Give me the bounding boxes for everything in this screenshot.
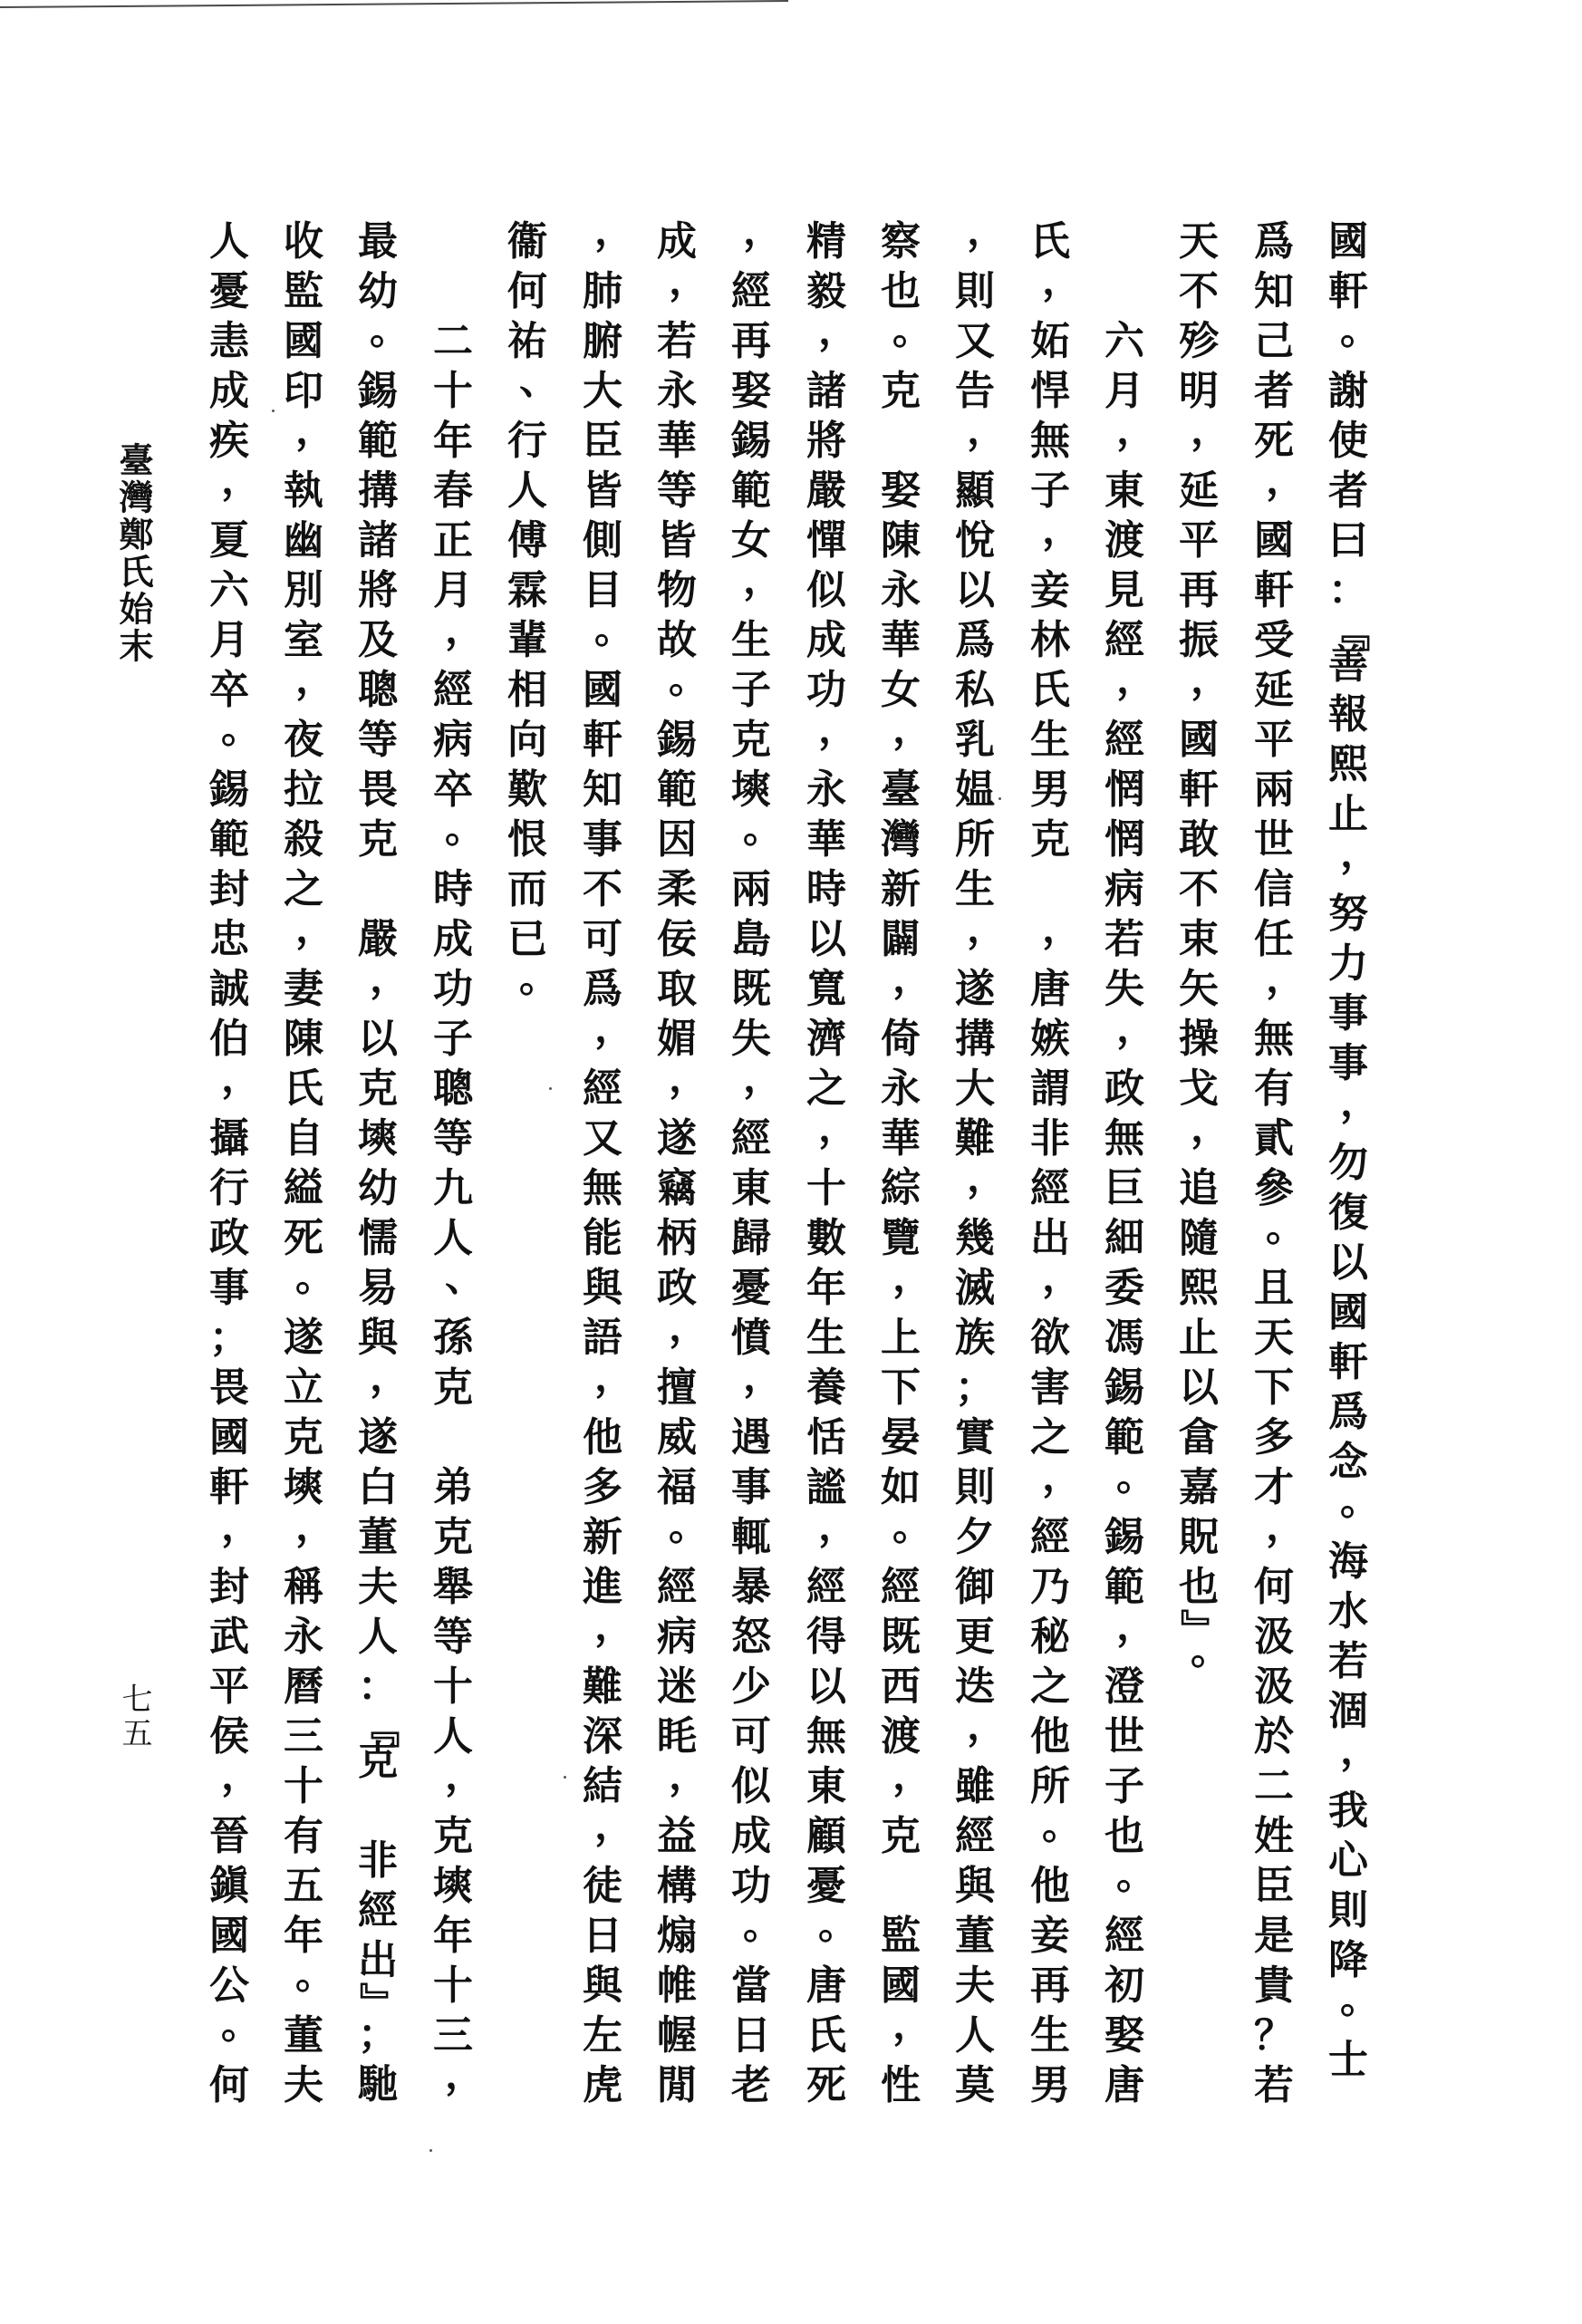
- character: 行: [205, 1168, 254, 1218]
- character: 物: [652, 570, 701, 620]
- character: 族: [950, 1317, 999, 1367]
- character: 。: [1112, 1456, 1161, 1506]
- character: 易: [353, 1268, 402, 1317]
- character: ；: [950, 1367, 999, 1417]
- character: 復: [1324, 1192, 1373, 1242]
- character: 生: [1026, 719, 1075, 769]
- text-column: 察也。克𡒉娶陳永華女，臺灣新闢，倚永華綜覽，上下晏如。經既西渡，克𡒉監國，性: [876, 221, 925, 2115]
- character: ，: [1112, 659, 1161, 709]
- character: 克: [1026, 819, 1075, 869]
- character: 晉: [205, 1816, 254, 1866]
- character: 則: [950, 271, 999, 321]
- character: 益: [652, 1816, 701, 1866]
- character: ，: [365, 1356, 414, 1406]
- character: 他: [578, 1417, 627, 1467]
- character: 害: [1026, 1367, 1075, 1417]
- character: 時: [802, 869, 851, 919]
- character: 以: [802, 919, 851, 969]
- character: 霖: [503, 570, 552, 620]
- character: 恚: [205, 321, 254, 371]
- character: 功: [429, 969, 477, 1018]
- character: ，: [1336, 1730, 1384, 1779]
- character: 得: [802, 1616, 851, 1666]
- character: 爲: [1324, 1392, 1373, 1442]
- character: 煽: [652, 1915, 701, 1965]
- text-column: ，經再娶錫範女，生子克塽。兩島既失，經東歸憂憤，遇事輒暴怒少可似成功。當日老: [727, 221, 776, 2115]
- character: 妾: [1026, 570, 1075, 620]
- character: 嫉: [1026, 1018, 1075, 1068]
- character: 誠: [205, 969, 254, 1018]
- character: 子: [1100, 1766, 1149, 1816]
- character: 秘: [1026, 1616, 1075, 1666]
- character: 晏: [876, 1417, 925, 1467]
- character: 聰: [353, 670, 402, 719]
- scan-speck: [998, 797, 1001, 800]
- character: 董: [353, 1517, 402, 1567]
- character: ，: [814, 310, 863, 360]
- character: 他: [1026, 1716, 1075, 1766]
- character: 夫: [353, 1567, 402, 1616]
- character: 華: [652, 420, 701, 470]
- character: 腑: [578, 321, 627, 371]
- character: 西: [876, 1666, 925, 1716]
- character: 唐: [802, 1965, 851, 2015]
- character: 事: [205, 1268, 254, 1317]
- character: 汲: [1249, 1616, 1298, 1666]
- character: 他: [1026, 1866, 1075, 1915]
- character: 是: [1249, 1915, 1298, 1965]
- character: 與: [950, 1866, 999, 1915]
- character: 無: [1100, 1118, 1149, 1168]
- character: 軒: [578, 719, 627, 769]
- character: 者: [1324, 470, 1373, 520]
- character: 左: [578, 2015, 627, 2065]
- character: 閒: [652, 2065, 701, 2115]
- character: 欲: [1026, 1317, 1075, 1367]
- character: 。: [515, 958, 564, 1008]
- character: 人: [205, 221, 254, 271]
- scan-speck: [429, 2149, 432, 2152]
- character: 國: [1174, 719, 1223, 769]
- character: 夫: [950, 1965, 999, 2015]
- character: 少: [727, 1666, 776, 1716]
- character: 世: [1249, 819, 1298, 869]
- character: 經: [353, 1890, 402, 1940]
- character: 。: [291, 1257, 340, 1307]
- character: 取: [652, 969, 701, 1018]
- character: 監: [876, 1915, 925, 1965]
- character: 者: [1249, 371, 1298, 420]
- character: 隨: [1174, 1218, 1223, 1268]
- character: 成: [802, 620, 851, 670]
- character: 忠: [205, 919, 254, 969]
- character: 別: [279, 570, 328, 620]
- character: ，: [1336, 1082, 1384, 1132]
- character: 人: [503, 470, 552, 520]
- character: 病: [1100, 869, 1149, 919]
- character: 憚: [802, 520, 851, 570]
- character: 立: [279, 1367, 328, 1417]
- character: 東: [1100, 470, 1149, 520]
- character: ，: [1037, 908, 1086, 958]
- text-column: ，則又告，顯悅以爲私乳媪所生，遂搆大難，幾滅族；實則夕御更迭，雖經與董夫人莫: [950, 221, 999, 2115]
- character: 夫: [279, 2065, 328, 2115]
- character: 。: [1037, 1805, 1086, 1855]
- character: 唐: [1100, 2065, 1149, 2115]
- character: 年: [429, 1915, 477, 1965]
- character: 輒: [727, 1517, 776, 1567]
- character: 攝: [205, 1118, 254, 1168]
- character: ，: [440, 2054, 489, 2104]
- character: 等: [429, 1118, 477, 1168]
- character: 乳: [950, 719, 999, 769]
- character: 自: [279, 1118, 328, 1168]
- character: 𡒉: [876, 420, 925, 470]
- character: 報: [1324, 694, 1373, 744]
- character: 。: [1336, 1480, 1384, 1530]
- character: ，: [1186, 1107, 1235, 1157]
- character: ，: [814, 709, 863, 758]
- scan-speck: [272, 410, 275, 412]
- character: 數: [802, 1218, 851, 1268]
- character: ，: [590, 1805, 639, 1855]
- character: 下: [876, 1367, 925, 1417]
- character: 遂: [279, 1317, 328, 1367]
- character: 永: [279, 1616, 328, 1666]
- scan-speck: [564, 1776, 566, 1779]
- character: 精: [802, 221, 851, 271]
- character: ，: [1261, 1506, 1310, 1556]
- character: 曰: [1324, 520, 1373, 570]
- book-page: 國軒。謝使者曰：『善報熙止，努力事事，勿復以國軒爲念。海水若涸，我心則降。士 爲…: [0, 0, 1582, 2324]
- character: 經: [429, 670, 477, 719]
- character: 新: [876, 869, 925, 919]
- character: 。: [217, 709, 265, 758]
- character: 無: [1026, 420, 1075, 470]
- character: 白: [353, 1467, 402, 1517]
- character: 以: [950, 570, 999, 620]
- character: 似: [802, 570, 851, 620]
- character: 娶: [727, 371, 776, 420]
- character: 若: [1249, 2065, 1298, 2115]
- character: 遂: [950, 969, 999, 1018]
- character: 我: [1324, 1790, 1373, 1840]
- character: 十: [802, 1168, 851, 1218]
- text-column: ，肺腑大臣皆側目。國軒知事不可爲，經又無能與語，他多新進，難深結，徒日與左虎: [578, 221, 627, 2115]
- character: 水: [1324, 1591, 1373, 1641]
- character: 。: [888, 310, 937, 360]
- character: ，: [291, 410, 340, 459]
- character: 孫: [429, 1317, 477, 1367]
- character: 可: [727, 1716, 776, 1766]
- character: 軒: [1324, 1342, 1373, 1392]
- character: 董: [279, 2015, 328, 2065]
- character: 爲: [1249, 221, 1298, 271]
- character: ，: [962, 410, 1011, 459]
- character: ，: [590, 1008, 639, 1057]
- character: 以: [802, 1666, 851, 1716]
- character: 心: [1324, 1840, 1373, 1890]
- character: ，: [814, 1506, 863, 1556]
- character: 惘: [1100, 819, 1149, 869]
- character: ，: [1186, 410, 1235, 459]
- character: 能: [578, 1218, 627, 1268]
- character: 錫: [353, 371, 402, 420]
- character: 十: [279, 1766, 328, 1816]
- character: 無: [578, 1168, 627, 1218]
- character: 天: [1174, 221, 1223, 271]
- character: 國: [1249, 520, 1298, 570]
- character: 經: [876, 1567, 925, 1616]
- character: 曆: [279, 1666, 328, 1716]
- character: 氏: [1026, 670, 1075, 719]
- character: 嘉: [1174, 1467, 1223, 1517]
- character: 熙: [1324, 744, 1373, 794]
- character: 悍: [1026, 371, 1075, 420]
- character: 臺: [876, 769, 925, 819]
- character: 正: [429, 520, 477, 570]
- text-column: 天不殄明，延平再振，國軒敢不束矢操戈，追隨熙止以畣嘉貺也』。: [1174, 221, 1223, 1691]
- character: 委: [1100, 1268, 1149, 1317]
- character: 妬: [1026, 321, 1075, 371]
- character: 死: [802, 2065, 851, 2115]
- character: 威: [652, 1417, 701, 1467]
- text-column: 國軒。謝使者曰：『善報熙止，努力事事，勿復以國軒爲念。海水若涸，我心則降。士: [1324, 221, 1373, 2089]
- character: 陳: [876, 520, 925, 570]
- character: 於: [1249, 1716, 1298, 1766]
- character: 而: [503, 869, 552, 919]
- character: 平: [205, 1666, 254, 1716]
- character: 又: [950, 321, 999, 371]
- character: ，: [962, 210, 1011, 260]
- character: 武: [205, 1616, 254, 1666]
- character: 既: [727, 969, 776, 1018]
- text-column: 精毅，諸將嚴憚似成功，永華時以寬濟之，十數年生養恬謐，經得以無東顧憂。唐氏死: [802, 221, 851, 2115]
- character: 監: [279, 271, 328, 321]
- character: 大: [950, 1068, 999, 1118]
- character: 十: [429, 1666, 477, 1716]
- character: 乃: [1026, 1567, 1075, 1616]
- character: ，: [1112, 1008, 1161, 1057]
- character: 。: [217, 2004, 265, 2054]
- character: 等: [652, 470, 701, 520]
- character: 六: [1100, 321, 1149, 371]
- character: ，: [291, 1506, 340, 1556]
- character: 鎭: [205, 1866, 254, 1915]
- character: ，: [1112, 1606, 1161, 1655]
- character: 難: [578, 1666, 627, 1716]
- character: ，: [738, 210, 787, 260]
- character: 顯: [950, 470, 999, 520]
- character: 妻: [279, 969, 328, 1018]
- character: 氏: [279, 1068, 328, 1118]
- character: 恨: [503, 819, 552, 869]
- character: ，: [440, 609, 489, 659]
- character: 非: [1026, 1118, 1075, 1168]
- character: 行: [503, 420, 552, 470]
- character: 錫: [205, 769, 254, 819]
- character: 九: [429, 1168, 477, 1218]
- character: 。: [738, 808, 787, 858]
- character: 相: [503, 670, 552, 719]
- character: 唐: [1026, 969, 1075, 1018]
- character: 病: [429, 719, 477, 769]
- character: 國: [205, 1417, 254, 1467]
- character: 殺: [279, 819, 328, 869]
- character: 永: [876, 1068, 925, 1118]
- character: 止: [1174, 1317, 1223, 1367]
- character: 男: [1026, 2065, 1075, 2115]
- character: 且: [1249, 1268, 1298, 1317]
- character: 媪: [950, 769, 999, 819]
- character: 則: [1324, 1890, 1373, 1940]
- character: 國: [1324, 1292, 1373, 1342]
- character: 子: [429, 1018, 477, 1068]
- character: ？: [1249, 2015, 1298, 2065]
- character: 上: [876, 1317, 925, 1367]
- character: 深: [578, 1716, 627, 1766]
- character: 世: [1100, 1716, 1149, 1766]
- character: 天: [1249, 1317, 1298, 1367]
- character: 憂: [205, 271, 254, 321]
- character: 柔: [652, 869, 701, 919]
- character: 知: [578, 769, 627, 819]
- character: 兩: [1249, 769, 1298, 819]
- character: ，: [1261, 459, 1310, 509]
- character: ，: [217, 459, 265, 509]
- character: 遂: [353, 1417, 402, 1467]
- text-column: 收監國印，執幽別室，夜拉殺之，妻陳氏自縊死。遂立克塽，稱永曆三十有五年。董夫: [279, 221, 328, 2115]
- character: 年: [802, 1268, 851, 1317]
- character: 成: [429, 919, 477, 969]
- character: 性: [876, 2065, 925, 2115]
- character: 『: [366, 1704, 391, 1753]
- character: 無: [802, 1716, 851, 1766]
- character: 柄: [652, 1218, 701, 1268]
- character: 錫: [652, 719, 701, 769]
- character: 生: [727, 620, 776, 670]
- character: 範: [727, 470, 776, 520]
- character: 無: [1249, 1018, 1298, 1068]
- character: 力: [1324, 943, 1373, 993]
- character: 生: [802, 1317, 851, 1367]
- character: 肺: [578, 271, 627, 321]
- page-number: 七五: [117, 1683, 151, 1751]
- character: 皆: [578, 470, 627, 520]
- character: 又: [578, 1118, 627, 1168]
- character: ，: [738, 1356, 787, 1406]
- character: 平: [1249, 719, 1298, 769]
- character: 克: [279, 1417, 328, 1467]
- character: ，: [888, 2004, 937, 2054]
- character: 克: [876, 1816, 925, 1866]
- character: 平: [1174, 520, 1223, 570]
- character: 。: [291, 1954, 340, 2004]
- character: 熙: [1174, 1268, 1223, 1317]
- character: 徒: [578, 1866, 627, 1915]
- character: 經: [1100, 719, 1149, 769]
- text-column: 最幼。錫範搆諸將及聰等畏克𡒉嚴，以克塽幼懦易與，遂白董夫人：『克𡒉非經出』；馳: [353, 221, 402, 2114]
- character: 使: [1324, 420, 1373, 470]
- character: 以: [1174, 1367, 1223, 1417]
- character: ，: [814, 1107, 863, 1157]
- text-column: 二十年春正月，經病卒。時成功子聰等九人、孫克𡒉弟克舉等十人，克塽年十三，: [429, 221, 477, 2115]
- character: 國: [1324, 221, 1373, 271]
- character: ，: [291, 659, 340, 709]
- character: 娶: [876, 470, 925, 520]
- character: ，: [590, 210, 639, 260]
- character: 矢: [1174, 969, 1223, 1018]
- character: 董: [950, 1915, 999, 1965]
- character: 弟: [429, 1467, 477, 1517]
- character: 澄: [1100, 1666, 1149, 1716]
- character: ，: [664, 1755, 713, 1805]
- character: 敢: [1174, 819, 1223, 869]
- character: ，: [888, 1257, 937, 1307]
- character: 幄: [652, 2015, 701, 2065]
- character: 華: [876, 620, 925, 670]
- character: 國: [578, 670, 627, 719]
- character: 時: [429, 869, 477, 919]
- character: 非: [353, 1840, 402, 1890]
- character: 謂: [1026, 1068, 1075, 1118]
- character: 娶: [1100, 2015, 1149, 2065]
- character: 諸: [353, 520, 402, 570]
- character: 克: [876, 371, 925, 420]
- character: 永: [652, 371, 701, 420]
- character: 氏: [802, 2015, 851, 2065]
- character: 濟: [802, 1018, 851, 1068]
- character: 何: [1249, 1567, 1298, 1616]
- character: 渡: [1100, 520, 1149, 570]
- character: 日: [727, 2015, 776, 2065]
- character: ，: [738, 1057, 787, 1107]
- character: 若: [652, 321, 701, 371]
- character: 努: [1324, 893, 1373, 943]
- character: 細: [1100, 1218, 1149, 1268]
- character: 人: [950, 2015, 999, 2065]
- character: 聰: [429, 1068, 477, 1118]
- character: 三: [279, 1716, 328, 1766]
- character: 春: [429, 470, 477, 520]
- character: 克: [353, 819, 402, 869]
- character: ，: [888, 1755, 937, 1805]
- character: 再: [1026, 1965, 1075, 2015]
- character: ，: [1261, 958, 1310, 1008]
- character: 五: [279, 1866, 328, 1915]
- character: 臣: [1249, 1866, 1298, 1915]
- character: 』: [366, 1978, 391, 2027]
- character: 克: [429, 1816, 477, 1866]
- character: 成: [205, 371, 254, 420]
- character: ，: [1037, 1456, 1086, 1506]
- character: 。: [814, 1905, 863, 1954]
- character: 兩: [727, 869, 776, 919]
- character: 諸: [802, 371, 851, 420]
- character: 謝: [1324, 371, 1373, 420]
- character: ，: [217, 1057, 265, 1107]
- character: 姓: [1249, 1816, 1298, 1866]
- character: 貴: [1249, 1965, 1298, 2015]
- character: 經: [727, 1118, 776, 1168]
- character: 何: [503, 271, 552, 321]
- character: 𡒉: [353, 1790, 402, 1840]
- character: 倚: [876, 1018, 925, 1068]
- character: ，: [738, 559, 787, 609]
- character: 。: [365, 310, 414, 360]
- character: 佞: [652, 919, 701, 969]
- character: 見: [1100, 570, 1149, 620]
